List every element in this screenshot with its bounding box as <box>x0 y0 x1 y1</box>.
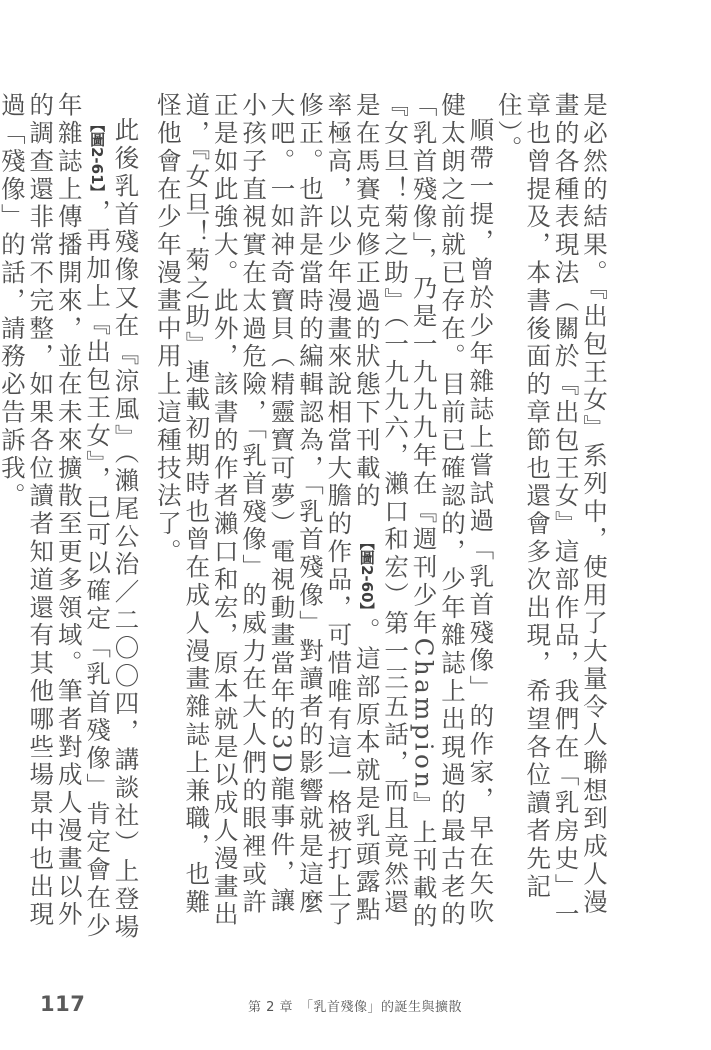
paragraph-3: 此後乳首殘像又在『涼風』（瀨尾公治／二〇〇四，講談社）上登場【圖2-61】，再加… <box>0 92 140 942</box>
chapter-running-head: 第 2 章 「乳首殘像」的誕生與擴散 <box>248 996 462 1015</box>
page-footer: 117 第 2 章 「乳首殘像」的誕生與擴散 <box>0 992 711 1022</box>
vertical-text-body: 是必然的結果。『出包王女』系列中，使用了大量令人聯想到成人漫畫的各種表現法（關於… <box>118 92 608 942</box>
figure-reference-2-61: 【圖2-61】 <box>83 92 111 199</box>
figure-reference-2-60: 【圖2-60】 <box>352 511 380 618</box>
paragraph-3-text-before: 此後乳首殘像又在『涼風』（瀨尾公治／二〇〇四，講談社）上登場 <box>112 117 141 942</box>
book-page: 是必然的結果。『出包王女』系列中，使用了大量令人聯想到成人漫畫的各種表現法（關於… <box>0 0 711 1050</box>
paragraph-2: 順帶一提，曾於少年雜誌上嘗試過「乳首殘像」的作家，早在矢吹健太朗之前就已存在。目… <box>154 92 495 942</box>
paragraph-3-text-after: ，再加上『出包王女』，已可以確定「乳首殘像」肯定會在少年雜誌上傳播開來，並在未來… <box>0 92 112 940</box>
page-number: 117 <box>40 992 85 1016</box>
paragraph-2-text-after: 。這部原本就是乳頭露點率極高，以少年漫畫來說相當大膽的作品，可惜唯有這一格被打上… <box>154 92 382 929</box>
paragraph-1: 是必然的結果。『出包王女』系列中，使用了大量令人聯想到成人漫畫的各種表現法（關於… <box>494 92 608 942</box>
